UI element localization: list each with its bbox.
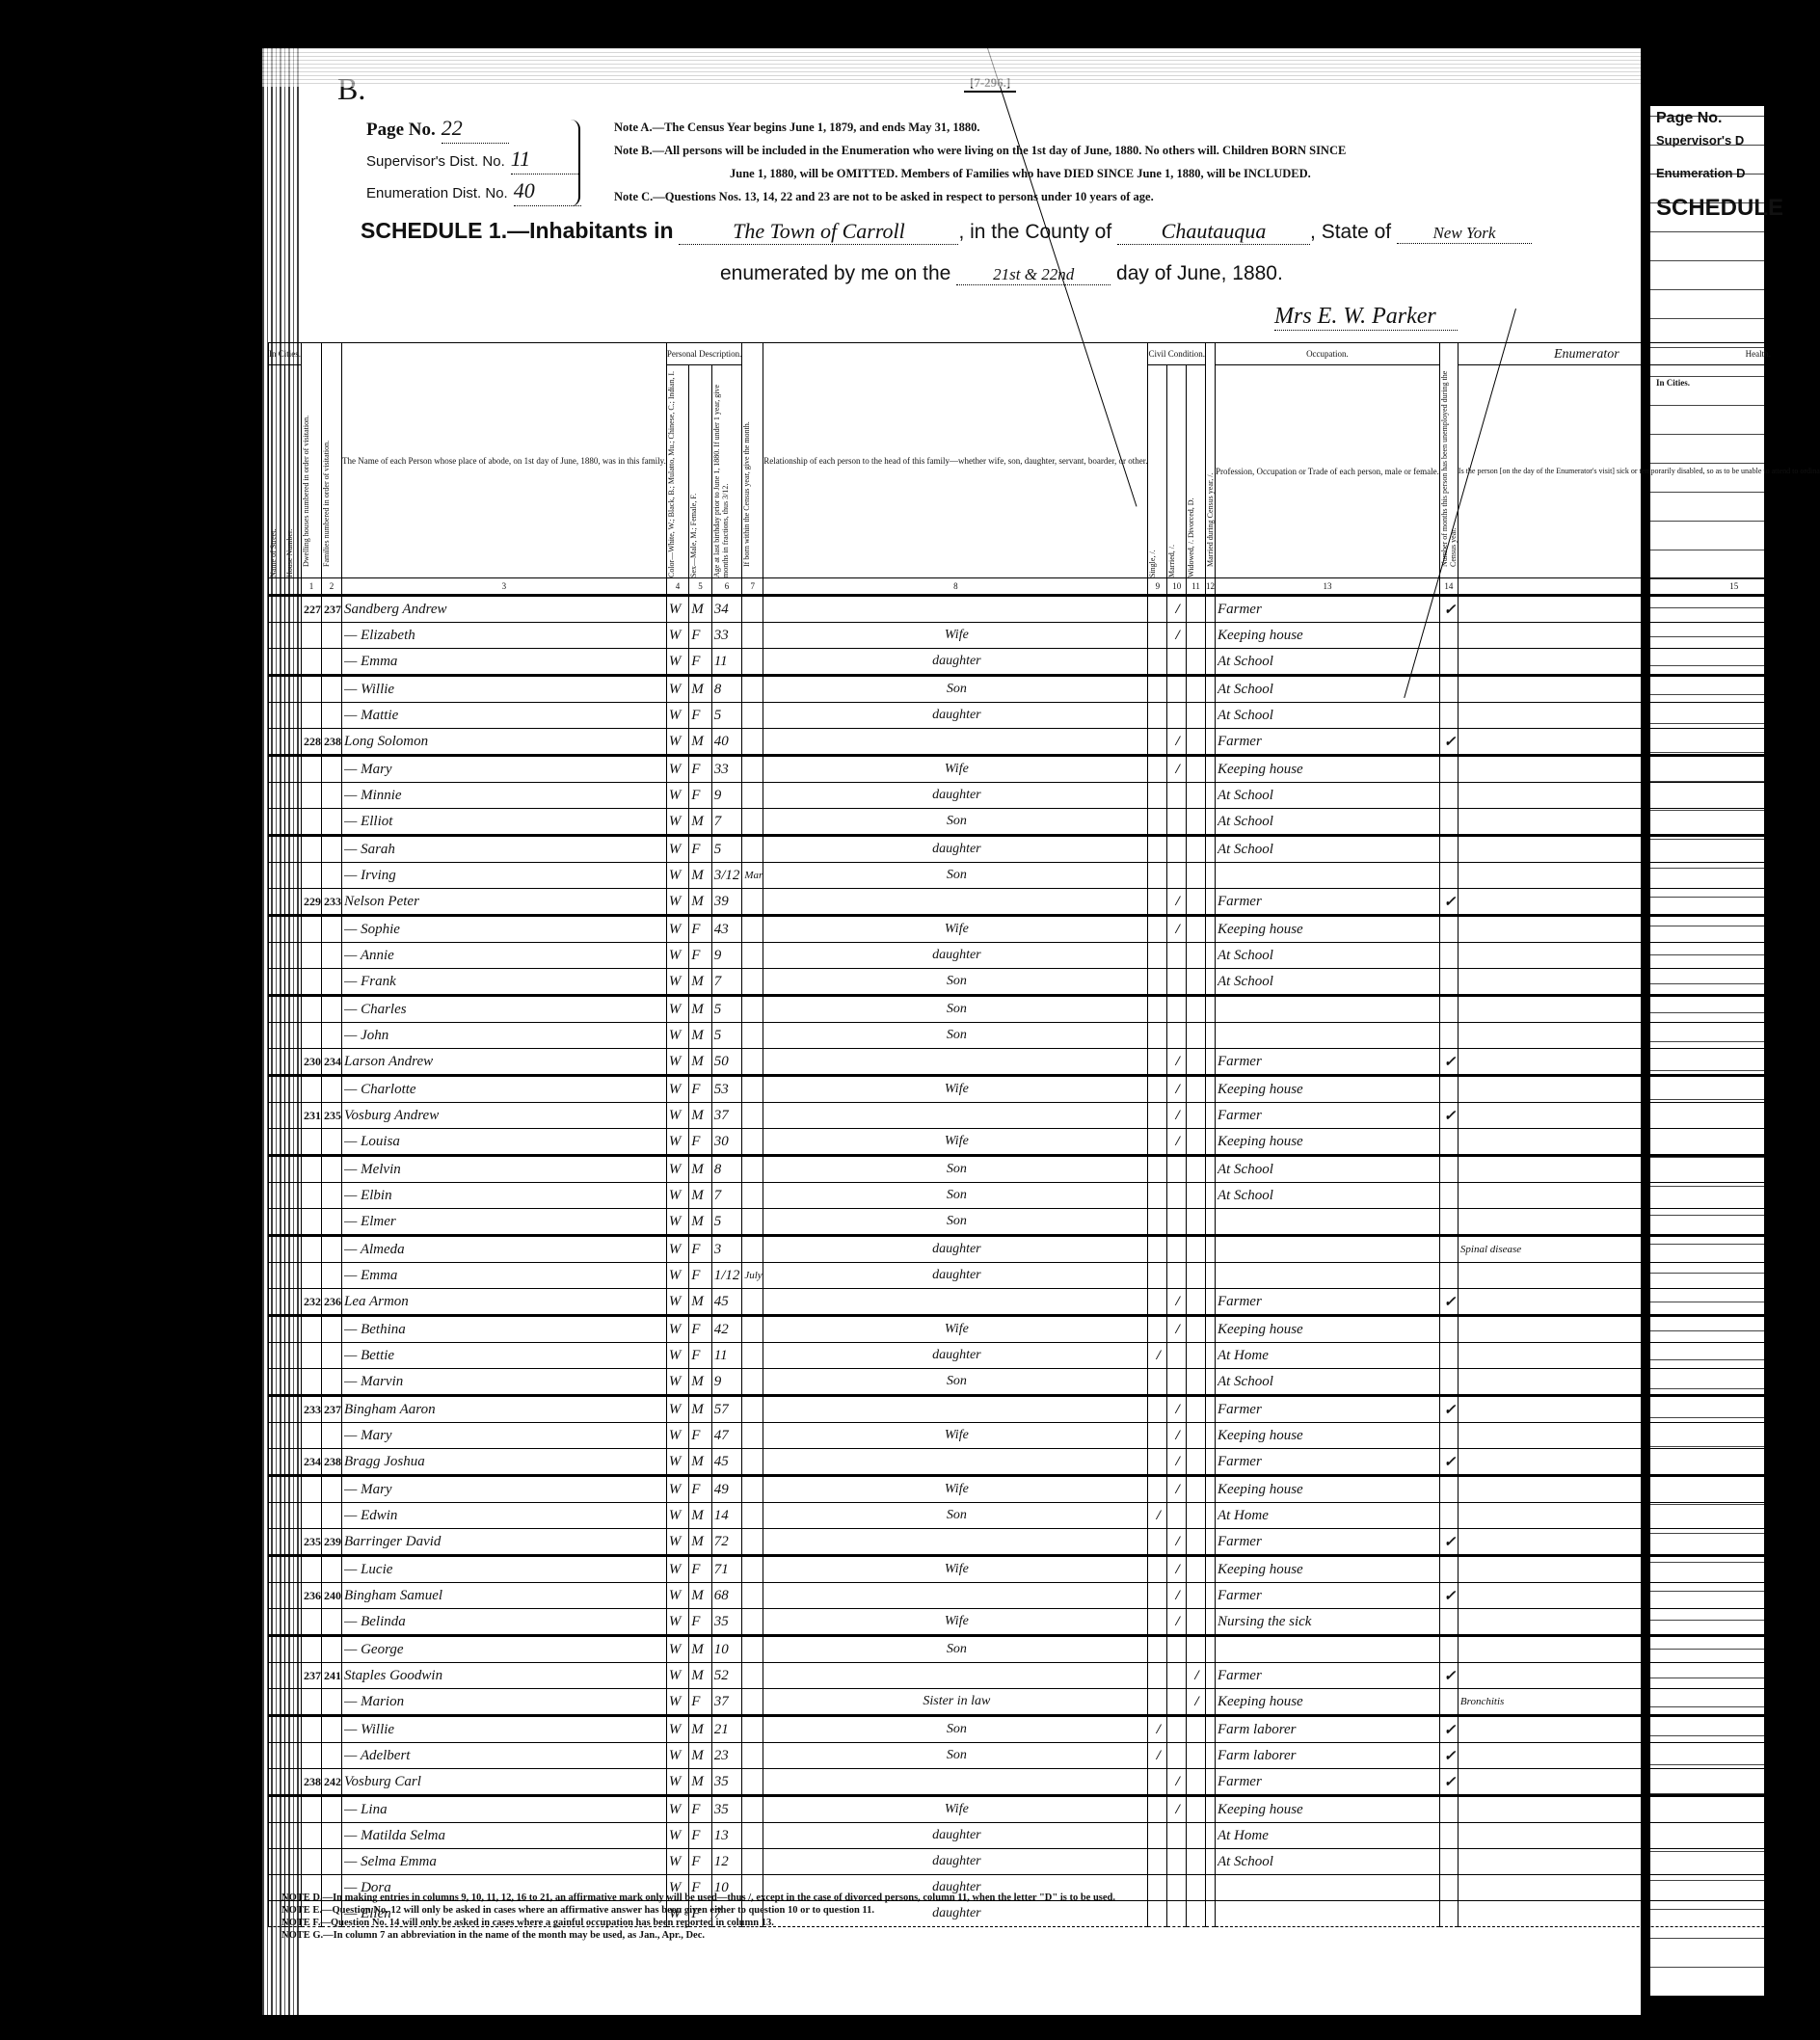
cell-occ: Farmer bbox=[1215, 1583, 1439, 1609]
cell-single bbox=[1148, 703, 1167, 729]
cell-family bbox=[322, 783, 342, 809]
cell-sex: M bbox=[689, 1769, 711, 1796]
cell-dwelling: 230 bbox=[302, 1049, 322, 1076]
note-e: NOTE E.—Question No. 12 will only be ask… bbox=[281, 1904, 1245, 1917]
cell-name: — Marvin bbox=[342, 1369, 667, 1396]
cell-single bbox=[1148, 1849, 1167, 1875]
cell-sick bbox=[1458, 676, 1820, 703]
cell-month bbox=[742, 916, 763, 943]
cell-rel: Wife bbox=[763, 756, 1148, 783]
cell-marryr bbox=[1205, 943, 1215, 969]
cell-house bbox=[285, 1663, 302, 1689]
cell-month bbox=[742, 943, 763, 969]
cell-house bbox=[285, 943, 302, 969]
cell-dwelling bbox=[302, 1423, 322, 1449]
cell-family: 233 bbox=[322, 889, 342, 916]
cell-single bbox=[1148, 1396, 1167, 1423]
cell-dwelling bbox=[302, 1369, 322, 1396]
cell-marryr bbox=[1205, 703, 1215, 729]
cell-name: — Lina bbox=[342, 1796, 667, 1823]
hdr-house-number: House Number. bbox=[285, 365, 294, 577]
cell-sex: M bbox=[689, 1156, 711, 1183]
cell-color: W bbox=[666, 783, 688, 809]
cell-rel: Son bbox=[763, 676, 1148, 703]
cell-rel bbox=[763, 1769, 1148, 1796]
cell-family bbox=[322, 1689, 342, 1716]
form-number: [7-296.] bbox=[964, 75, 1016, 93]
cell-street bbox=[269, 1129, 285, 1156]
cell-sex: M bbox=[689, 1529, 711, 1556]
cell-house bbox=[285, 1156, 302, 1183]
cell-sex: F bbox=[689, 703, 711, 729]
cell-unemp: ✓ bbox=[1439, 1049, 1458, 1076]
cell-age: 1/12 bbox=[711, 1263, 742, 1289]
cell-age: 5 bbox=[711, 996, 742, 1023]
cell-single bbox=[1148, 729, 1167, 756]
cell-name: — Almeda bbox=[342, 1236, 667, 1263]
cell-sick bbox=[1458, 1316, 1820, 1343]
cell-single bbox=[1148, 623, 1167, 649]
cell-occ: Farmer bbox=[1215, 1049, 1439, 1076]
cell-age: 35 bbox=[711, 1796, 742, 1823]
cell-widowed bbox=[1187, 1529, 1206, 1556]
cell-family: 237 bbox=[322, 1396, 342, 1423]
cell-family bbox=[322, 756, 342, 783]
cell-married bbox=[1167, 1503, 1187, 1529]
cell-married bbox=[1167, 1369, 1187, 1396]
cell-color: W bbox=[666, 1423, 688, 1449]
cell-widowed bbox=[1187, 1743, 1206, 1769]
hdr-married: Married, /. bbox=[1167, 365, 1176, 577]
cell-unemp: ✓ bbox=[1439, 1769, 1458, 1796]
cell-family: 237 bbox=[322, 596, 342, 623]
cell-single bbox=[1148, 783, 1167, 809]
cell-sex: M bbox=[689, 1369, 711, 1396]
cell-single bbox=[1148, 1076, 1167, 1103]
cell-single bbox=[1148, 1263, 1167, 1289]
cell-age: 9 bbox=[711, 943, 742, 969]
cell-widowed bbox=[1187, 1769, 1206, 1796]
cell-age: 40 bbox=[711, 729, 742, 756]
cell-age: 39 bbox=[711, 889, 742, 916]
cell-widowed bbox=[1187, 729, 1206, 756]
hdr-sick: Is the person [on the day of the Enumera… bbox=[1458, 365, 1820, 578]
hdr-dwelling: Dwelling houses numbered in order of vis… bbox=[302, 355, 310, 567]
cell-dwelling bbox=[302, 623, 322, 649]
hdr-age: Age at last birthday prior to June 1, 18… bbox=[712, 365, 730, 577]
cell-family: 239 bbox=[322, 1529, 342, 1556]
cell-color: W bbox=[666, 1609, 688, 1636]
cell-color: W bbox=[666, 1183, 688, 1209]
cell-sex: M bbox=[689, 969, 711, 996]
cell-single bbox=[1148, 1316, 1167, 1343]
column-number-row: 1234567891011121314151617181920212223242… bbox=[269, 578, 1820, 596]
cell-month bbox=[742, 1156, 763, 1183]
cell-rel: Sister in law bbox=[763, 1689, 1148, 1716]
cell-married bbox=[1167, 676, 1187, 703]
cell-month bbox=[742, 729, 763, 756]
cell-sick bbox=[1458, 1875, 1820, 1901]
cell-widowed bbox=[1187, 969, 1206, 996]
enum-prefix: enumerated by me on the bbox=[720, 262, 950, 284]
cell-month bbox=[742, 1049, 763, 1076]
cell-street bbox=[269, 863, 285, 889]
cell-rel bbox=[763, 1449, 1148, 1476]
cell-name: Lea Armon bbox=[342, 1289, 667, 1316]
cell-dwelling: 237 bbox=[302, 1663, 322, 1689]
cell-month: Mar bbox=[742, 863, 763, 889]
cell-single bbox=[1148, 1049, 1167, 1076]
cell-color: W bbox=[666, 1743, 688, 1769]
cell-occ: Keeping house bbox=[1215, 1556, 1439, 1583]
cell-rel: Son bbox=[763, 1716, 1148, 1743]
cell-unemp: ✓ bbox=[1439, 1449, 1458, 1476]
cell-age: 5 bbox=[711, 836, 742, 863]
cell-name: — Minnie bbox=[342, 783, 667, 809]
group-civil: Civil Condition. bbox=[1148, 343, 1206, 365]
cell-age: 3/12 bbox=[711, 863, 742, 889]
cell-color: W bbox=[666, 623, 688, 649]
cell-street bbox=[269, 943, 285, 969]
cell-occ: Keeping house bbox=[1215, 1423, 1439, 1449]
cell-rel bbox=[763, 1396, 1148, 1423]
census-row: — MarvinWM9SonAt School/New YorkCanadaNe… bbox=[269, 1369, 1820, 1396]
hdr-color: Color—White, W.; Black, B.; Mulatto, Mu.… bbox=[667, 365, 676, 577]
cell-color: W bbox=[666, 1049, 688, 1076]
brace-decoration bbox=[569, 120, 580, 206]
cell-unemp bbox=[1439, 1076, 1458, 1103]
cell-month bbox=[742, 1183, 763, 1209]
cell-married bbox=[1167, 969, 1187, 996]
cell-unemp bbox=[1439, 756, 1458, 783]
cell-rel: Son bbox=[763, 1369, 1148, 1396]
cell-color: W bbox=[666, 729, 688, 756]
cell-month bbox=[742, 1609, 763, 1636]
cell-occ: At School bbox=[1215, 809, 1439, 836]
cell-color: W bbox=[666, 969, 688, 996]
cell-dwelling bbox=[302, 1556, 322, 1583]
census-row: — LouisaWF30Wife/Keeping houseSwedenSwed… bbox=[269, 1129, 1820, 1156]
cell-street bbox=[269, 1769, 285, 1796]
cell-family bbox=[322, 1263, 342, 1289]
cell-sex: F bbox=[689, 649, 711, 676]
cell-married bbox=[1167, 863, 1187, 889]
cell-sex: M bbox=[689, 596, 711, 623]
cell-unemp bbox=[1439, 1263, 1458, 1289]
cell-dwelling bbox=[302, 969, 322, 996]
cell-street bbox=[269, 596, 285, 623]
column-number: 7 bbox=[742, 578, 763, 596]
cell-name: Bragg Joshua bbox=[342, 1449, 667, 1476]
cell-unemp bbox=[1439, 1209, 1458, 1236]
cell-unemp bbox=[1439, 1901, 1458, 1927]
cell-sex: F bbox=[689, 1556, 711, 1583]
cell-rel bbox=[763, 889, 1148, 916]
cell-dwelling bbox=[302, 676, 322, 703]
cell-month bbox=[742, 1476, 763, 1503]
cell-occ: Farmer bbox=[1215, 1769, 1439, 1796]
cell-occ: Farmer bbox=[1215, 1289, 1439, 1316]
cell-family bbox=[322, 969, 342, 996]
cell-house bbox=[285, 703, 302, 729]
cell-month bbox=[742, 783, 763, 809]
cell-street bbox=[269, 1343, 285, 1369]
cell-single bbox=[1148, 1423, 1167, 1449]
cell-color: W bbox=[666, 836, 688, 863]
note-d: NOTE D.—In making entries in columns 9, … bbox=[281, 1892, 1245, 1904]
cell-occ: At Home bbox=[1215, 1343, 1439, 1369]
cell-widowed bbox=[1187, 756, 1206, 783]
cell-unemp bbox=[1439, 1316, 1458, 1343]
cell-rel bbox=[763, 1529, 1148, 1556]
cell-married bbox=[1167, 1209, 1187, 1236]
cell-sick bbox=[1458, 783, 1820, 809]
cell-age: 13 bbox=[711, 1823, 742, 1849]
cell-single bbox=[1148, 943, 1167, 969]
cell-dwelling bbox=[302, 1129, 322, 1156]
cell-month bbox=[742, 703, 763, 729]
cell-sick bbox=[1458, 1449, 1820, 1476]
cell-widowed bbox=[1187, 1396, 1206, 1423]
cell-age: 7 bbox=[711, 969, 742, 996]
cell-unemp bbox=[1439, 1129, 1458, 1156]
cell-marryr bbox=[1205, 1263, 1215, 1289]
hdr-street: Name of Street. bbox=[269, 365, 278, 577]
note-f: NOTE F.—Question No. 14 will only be ask… bbox=[281, 1917, 1245, 1929]
cell-sick bbox=[1458, 649, 1820, 676]
cell-month bbox=[742, 1129, 763, 1156]
cell-name: — Louisa bbox=[342, 1129, 667, 1156]
cell-married bbox=[1167, 1663, 1187, 1689]
cell-month bbox=[742, 1289, 763, 1316]
cell-dwelling: 228 bbox=[302, 729, 322, 756]
cell-family bbox=[322, 916, 342, 943]
cell-sex: M bbox=[689, 676, 711, 703]
cell-family bbox=[322, 1556, 342, 1583]
census-row: — SophieWF43Wife/Keeping houseSwedenSwed… bbox=[269, 916, 1820, 943]
cell-unemp bbox=[1439, 676, 1458, 703]
cell-street bbox=[269, 969, 285, 996]
cell-unemp bbox=[1439, 836, 1458, 863]
cell-occ: Farmer bbox=[1215, 1663, 1439, 1689]
cell-age: 10 bbox=[711, 1636, 742, 1663]
cell-name: — Bethina bbox=[342, 1316, 667, 1343]
cell-single: / bbox=[1148, 1343, 1167, 1369]
cell-age: 7 bbox=[711, 809, 742, 836]
note-b: Note B.—All persons will be included in … bbox=[614, 139, 1617, 162]
cell-family bbox=[322, 1716, 342, 1743]
cell-name: — Sarah bbox=[342, 836, 667, 863]
cell-single bbox=[1148, 969, 1167, 996]
cell-occ bbox=[1215, 1236, 1439, 1263]
cell-rel: Wife bbox=[763, 623, 1148, 649]
census-row: — FrankWM7SonAt School/New YorkSwedenSwe… bbox=[269, 969, 1820, 996]
cell-sex: F bbox=[689, 1316, 711, 1343]
cell-month bbox=[742, 1716, 763, 1743]
cell-month bbox=[742, 1636, 763, 1663]
cell-married bbox=[1167, 836, 1187, 863]
cell-sick bbox=[1458, 1476, 1820, 1503]
cell-color: W bbox=[666, 649, 688, 676]
cell-marryr bbox=[1205, 1663, 1215, 1689]
cell-unemp bbox=[1439, 649, 1458, 676]
cell-marryr bbox=[1205, 1449, 1215, 1476]
cell-widowed bbox=[1187, 1583, 1206, 1609]
cell-street bbox=[269, 1289, 285, 1316]
cell-occ: At Home bbox=[1215, 1823, 1439, 1849]
supervisor-label: Supervisor's Dist. No. bbox=[366, 148, 505, 176]
cell-color: W bbox=[666, 1103, 688, 1129]
hdr-unemployed: Number of months this person has been un… bbox=[1440, 355, 1458, 567]
cell-marryr bbox=[1205, 1129, 1215, 1156]
column-number: 11 bbox=[1187, 578, 1206, 596]
cell-rel: Wife bbox=[763, 1423, 1148, 1449]
cell-married: / bbox=[1167, 1396, 1187, 1423]
cell-rel bbox=[763, 1583, 1148, 1609]
cell-occ: Farm laborer bbox=[1215, 1716, 1439, 1743]
cell-sex: F bbox=[689, 1796, 711, 1823]
cell-sick bbox=[1458, 596, 1820, 623]
cell-single bbox=[1148, 889, 1167, 916]
cell-family bbox=[322, 943, 342, 969]
cell-family: 238 bbox=[322, 1449, 342, 1476]
cell-sick bbox=[1458, 1609, 1820, 1636]
cell-sex: F bbox=[689, 1609, 711, 1636]
column-number: 9 bbox=[1148, 578, 1167, 596]
cell-street bbox=[269, 649, 285, 676]
cell-sex: M bbox=[689, 889, 711, 916]
census-row: — CharlotteWF53Wife/Keeping houseSwedenS… bbox=[269, 1076, 1820, 1103]
cell-age: 5 bbox=[711, 703, 742, 729]
cell-widowed bbox=[1187, 1183, 1206, 1209]
cell-widowed bbox=[1187, 649, 1206, 676]
cell-month bbox=[742, 889, 763, 916]
cell-single bbox=[1148, 1129, 1167, 1156]
cell-name: Larson Andrew bbox=[342, 1049, 667, 1076]
cell-sick bbox=[1458, 1636, 1820, 1663]
cell-single bbox=[1148, 996, 1167, 1023]
cell-sick bbox=[1458, 1049, 1820, 1076]
cell-occ: Farmer bbox=[1215, 1529, 1439, 1556]
cell-single bbox=[1148, 676, 1167, 703]
cell-married bbox=[1167, 783, 1187, 809]
cell-dwelling: 232 bbox=[302, 1289, 322, 1316]
cell-married bbox=[1167, 703, 1187, 729]
cell-name: — Edwin bbox=[342, 1503, 667, 1529]
cell-occ: Keeping house bbox=[1215, 1476, 1439, 1503]
census-row: — LinaWF35Wife/Keeping houseSwedenSweden… bbox=[269, 1796, 1820, 1823]
cell-sex: F bbox=[689, 783, 711, 809]
enum-suffix: day of June, 1880. bbox=[1116, 262, 1283, 284]
cell-name: Staples Goodwin bbox=[342, 1663, 667, 1689]
cell-rel: Son bbox=[763, 1209, 1148, 1236]
cell-widowed bbox=[1187, 1476, 1206, 1503]
cell-married: / bbox=[1167, 1289, 1187, 1316]
cell-dwelling bbox=[302, 1716, 322, 1743]
cell-occ: Keeping house bbox=[1215, 1796, 1439, 1823]
cell-single bbox=[1148, 1156, 1167, 1183]
cell-name: — Selma Emma bbox=[342, 1849, 667, 1875]
cell-sick bbox=[1458, 996, 1820, 1023]
cell-unemp bbox=[1439, 863, 1458, 889]
cell-age: 5 bbox=[711, 1209, 742, 1236]
cell-married: / bbox=[1167, 1556, 1187, 1583]
cell-family bbox=[322, 1076, 342, 1103]
cell-sick bbox=[1458, 1289, 1820, 1316]
cell-occ bbox=[1215, 1875, 1439, 1901]
cell-name: — Adelbert bbox=[342, 1743, 667, 1769]
cell-sex: F bbox=[689, 943, 711, 969]
cell-occ: Farmer bbox=[1215, 1103, 1439, 1129]
cell-age: 45 bbox=[711, 1289, 742, 1316]
cell-sick bbox=[1458, 889, 1820, 916]
cell-street bbox=[269, 889, 285, 916]
cell-sex: M bbox=[689, 1449, 711, 1476]
cell-married bbox=[1167, 1236, 1187, 1263]
cell-dwelling bbox=[302, 1689, 322, 1716]
cell-color: W bbox=[666, 943, 688, 969]
cell-married bbox=[1167, 1743, 1187, 1769]
cell-street bbox=[269, 703, 285, 729]
cell-married: / bbox=[1167, 596, 1187, 623]
cell-month bbox=[742, 1316, 763, 1343]
cell-month bbox=[742, 1529, 763, 1556]
cell-age: 33 bbox=[711, 623, 742, 649]
cell-widowed bbox=[1187, 863, 1206, 889]
cell-married bbox=[1167, 1716, 1187, 1743]
cell-sex: F bbox=[689, 1236, 711, 1263]
cell-house bbox=[285, 1316, 302, 1343]
census-row: 232236Lea ArmonWM45/Farmer✓CanadaVermont… bbox=[269, 1289, 1820, 1316]
cell-family bbox=[322, 1743, 342, 1769]
cell-name: Long Solomon bbox=[342, 729, 667, 756]
cell-color: W bbox=[666, 1236, 688, 1263]
cell-married: / bbox=[1167, 1529, 1187, 1556]
cell-month bbox=[742, 1849, 763, 1875]
cell-dwelling: 235 bbox=[302, 1529, 322, 1556]
edge-page-no: Page No. bbox=[1656, 110, 1722, 127]
cell-rel: daughter bbox=[763, 1849, 1148, 1875]
cell-married: / bbox=[1167, 1476, 1187, 1503]
census-row: 231235Vosburg AndrewWM37/Farmer✓SwedenSw… bbox=[269, 1103, 1820, 1129]
cell-family bbox=[322, 1609, 342, 1636]
cell-married: / bbox=[1167, 916, 1187, 943]
cell-married bbox=[1167, 943, 1187, 969]
census-row: — AnnieWF9daughterAt School/SwedenSweden… bbox=[269, 943, 1820, 969]
cell-dwelling bbox=[302, 756, 322, 783]
cell-occ bbox=[1215, 863, 1439, 889]
cell-widowed bbox=[1187, 1823, 1206, 1849]
cell-single bbox=[1148, 1449, 1167, 1476]
census-row: — ElliotWM7SonAt School/New YorkSwedenSw… bbox=[269, 809, 1820, 836]
cell-month bbox=[742, 649, 763, 676]
cell-dwelling bbox=[302, 1743, 322, 1769]
cell-house bbox=[285, 1183, 302, 1209]
cell-month bbox=[742, 1796, 763, 1823]
cell-street bbox=[269, 1583, 285, 1609]
cell-sex: M bbox=[689, 1103, 711, 1129]
cell-sex: M bbox=[689, 1289, 711, 1316]
census-row: — EmmaWF11daughterAt School/New YorkSwed… bbox=[269, 649, 1820, 676]
cell-single bbox=[1148, 1636, 1167, 1663]
cell-family bbox=[322, 649, 342, 676]
cell-unemp: ✓ bbox=[1439, 596, 1458, 623]
cell-house bbox=[285, 783, 302, 809]
cell-age: 47 bbox=[711, 1423, 742, 1449]
cell-single bbox=[1148, 1369, 1167, 1396]
cell-age: 12 bbox=[711, 1849, 742, 1875]
hdr-born-month: If born within the Census year, give the… bbox=[742, 355, 751, 567]
